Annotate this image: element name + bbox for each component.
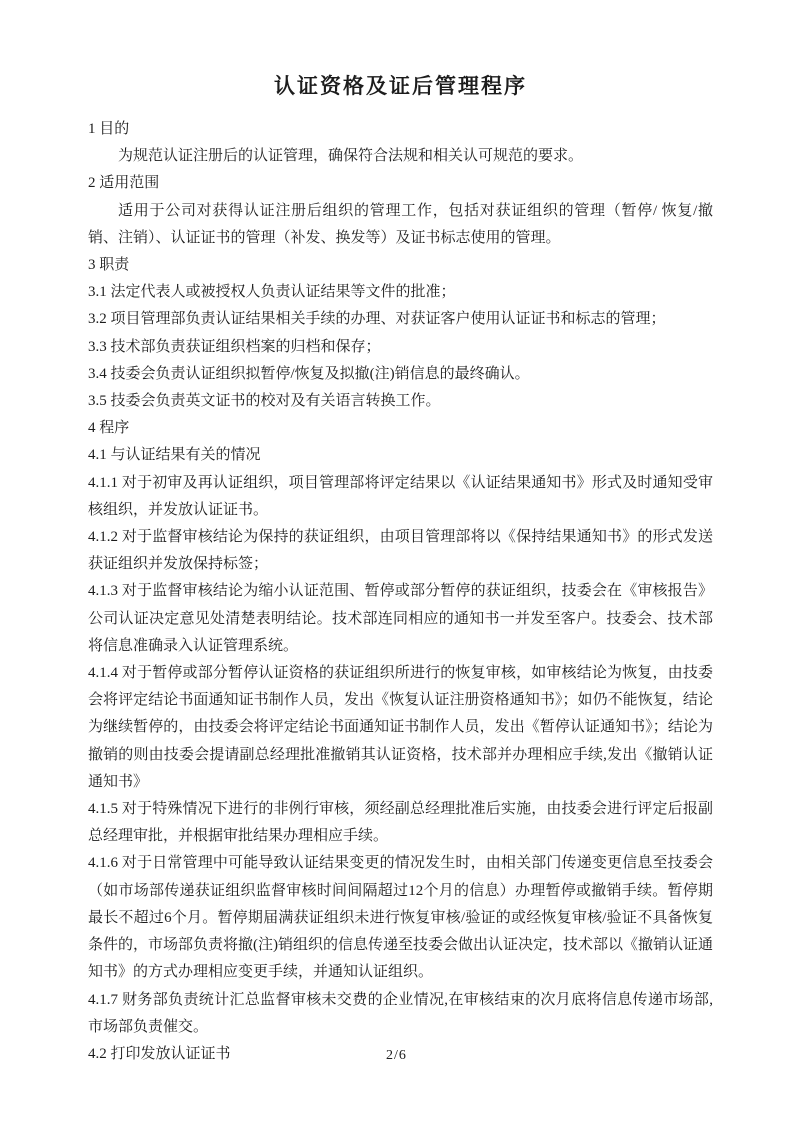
document-title: 认证资格及证后管理程序 [88, 70, 713, 102]
clause: 3.5 技委会负责英文证书的校对及有关语言转换工作。 [88, 388, 713, 415]
document-body: 1 目的为规范认证注册后的认证管理，确保符合法规和相关认可规范的要求。2 适用范… [88, 116, 713, 1068]
clause: 3.1 法定代表人或被授权人负责认证结果等文件的批准； [88, 279, 713, 306]
clause: 4.1.6 对于日常管理中可能导致认证结果变更的情况发生时，由相关部门传递变更信… [88, 850, 713, 986]
clause: 3.3 技术部负责获证组织档案的归档和保存； [88, 334, 713, 361]
clause: 4.1.1 对于初审及再认证组织，项目管理部将评定结果以《认证结果通知书》形式及… [88, 470, 713, 524]
section-heading: 1 目的 [88, 116, 713, 143]
section-heading: 3 职责 [88, 252, 713, 279]
clause: 3.4 技委会负责认证组织拟暂停/恢复及拟撤(注)销信息的最终确认。 [88, 361, 713, 388]
section-heading: 2 适用范围 [88, 170, 713, 197]
clause: 4.1.2 对于监督审核结论为保持的获证组织，由项目管理部将以《保持结果通知书》… [88, 524, 713, 578]
paragraph: 为规范认证注册后的认证管理，确保符合法规和相关认可规范的要求。 [88, 143, 713, 170]
clause: 4.1.3 对于监督审核结论为缩小认证范围、暂停或部分暂停的获证组织，技委会在《… [88, 578, 713, 660]
page-footer: 2/6 [0, 1048, 793, 1064]
clause: 4.1.5 对于特殊情况下进行的非例行审核，须经副总经理批准后实施，由技委会进行… [88, 796, 713, 850]
clause: 4.1.4 对于暂停或部分暂停认证资格的获证组织所进行的恢复审核，如审核结论为恢… [88, 660, 713, 796]
section-heading: 4 程序 [88, 415, 713, 442]
page-number: 2/6 [386, 1048, 407, 1063]
clause: 3.2 项目管理部负责认证结果相关手续的办理、对获证客户使用认证证书和标志的管理… [88, 306, 713, 333]
paragraph: 适用于公司对获得认证注册后组织的管理工作，包括对获证组织的管理（暂停/ 恢复/撤… [88, 198, 713, 252]
clause: 4.1 与认证结果有关的情况 [88, 442, 713, 469]
document-page: 认证资格及证后管理程序 1 目的为规范认证注册后的认证管理，确保符合法规和相关认… [0, 0, 793, 1122]
clause: 4.1.7 财务部负责统计汇总监督审核未交费的企业情况,在审核结束的次月底将信息… [88, 987, 713, 1041]
